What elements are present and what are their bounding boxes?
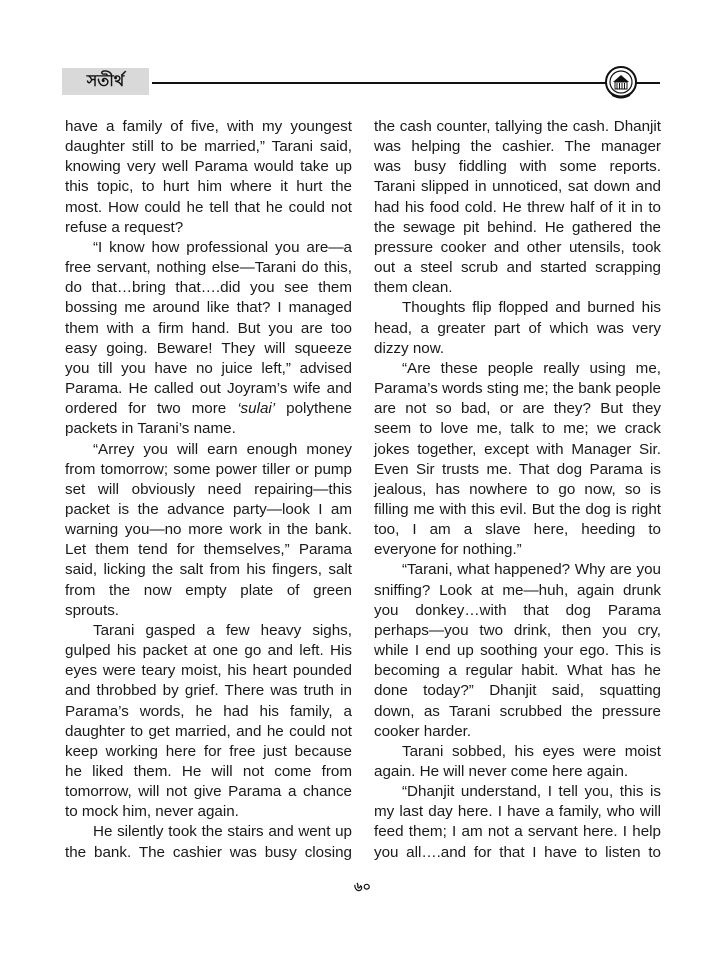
left-column: have a family of five, with my youngest … bbox=[65, 117, 352, 863]
paragraph-text: “I know how professional you are—a free … bbox=[65, 239, 352, 417]
paragraph: “Arrey you will earn enough money from t… bbox=[65, 440, 352, 621]
page-number: ৬০ bbox=[0, 878, 725, 899]
paragraph: the cash counter, tallying the cash. Dha… bbox=[374, 117, 661, 298]
right-column: the cash counter, tallying the cash. Dha… bbox=[374, 117, 661, 863]
italic-term: ‘sulai’ bbox=[237, 400, 275, 417]
paragraph: “Are these people really using me, Param… bbox=[374, 359, 661, 561]
paragraph: Tarani sobbed, his eyes were moist again… bbox=[374, 742, 661, 782]
paragraph: have a family of five, with my youngest … bbox=[65, 117, 352, 238]
header-rule bbox=[152, 82, 660, 84]
paragraph: Tarani gasped a few heavy sighs, gulped … bbox=[65, 621, 352, 823]
paragraph: He silently took the stairs and went up … bbox=[65, 822, 352, 862]
journal-title: সতীর্থ bbox=[87, 68, 125, 95]
institution-seal-icon bbox=[604, 66, 638, 100]
paragraph: “I know how professional you are—a free … bbox=[65, 238, 352, 440]
page-header: সতীর্থ bbox=[0, 0, 725, 110]
journal-title-badge: সতীর্থ bbox=[62, 68, 149, 95]
paragraph: “Dhanjit understand, I tell you, this is… bbox=[374, 782, 661, 863]
paragraph: Thoughts flip flopped and burned his hea… bbox=[374, 298, 661, 358]
paragraph: “Tarani, what happened? Why are you snif… bbox=[374, 560, 661, 741]
